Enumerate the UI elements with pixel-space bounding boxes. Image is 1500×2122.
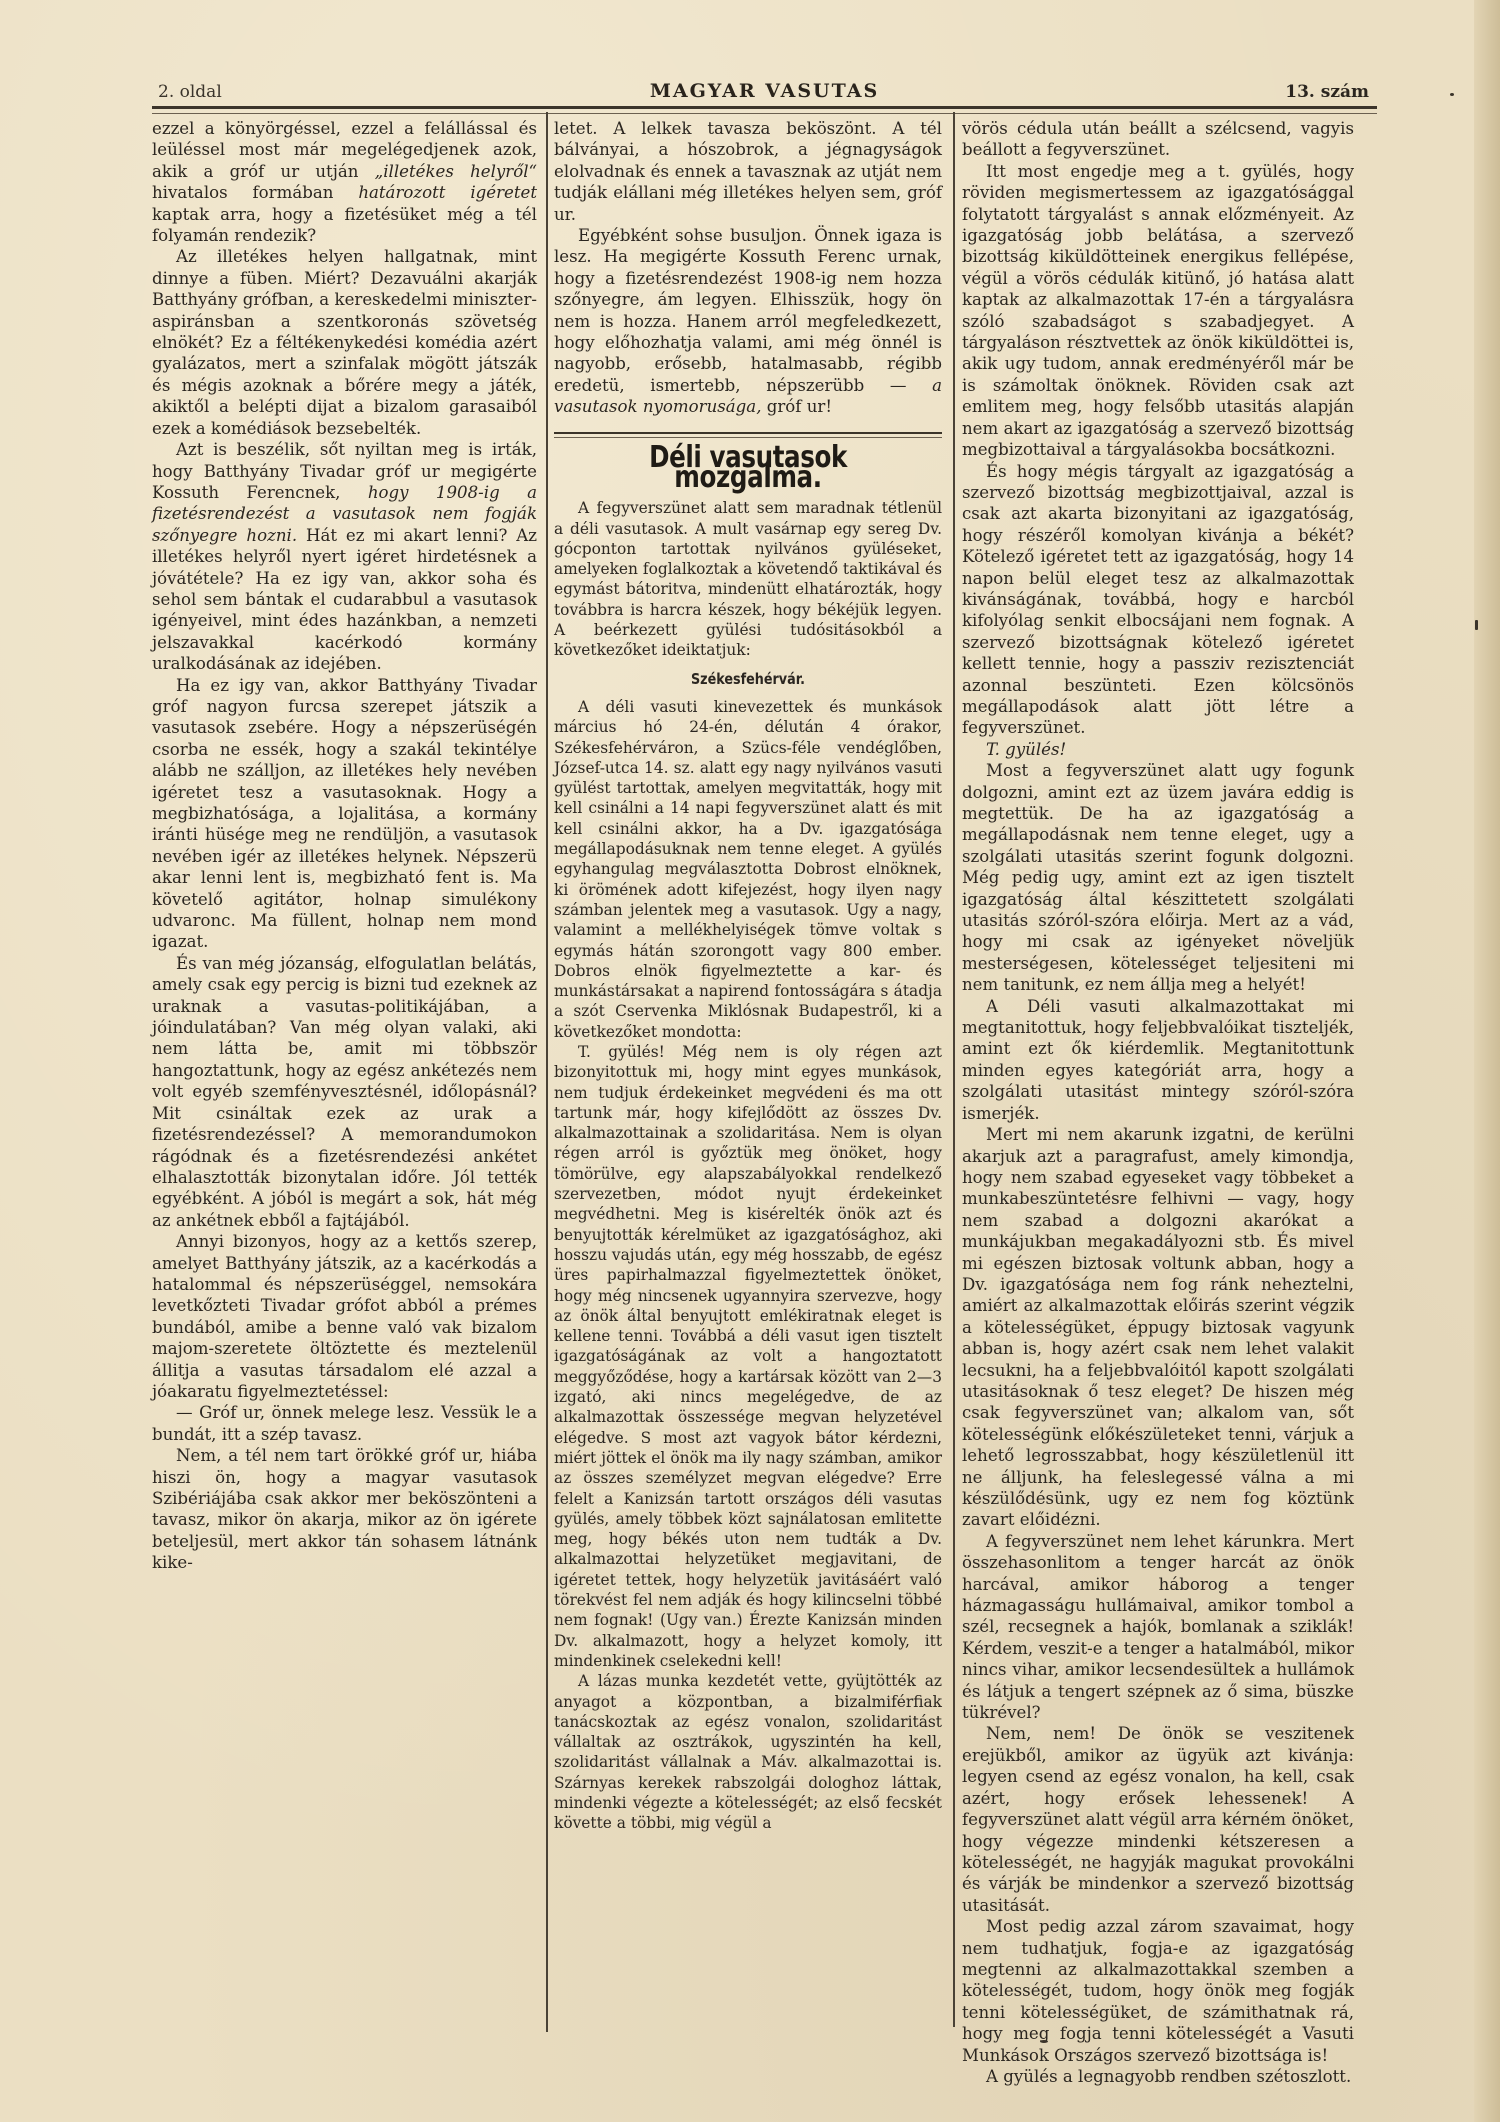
paragraph: Az illetékes helyen hallgatnak, mint din… — [152, 246, 537, 439]
paragraph: — Gróf ur, önnek melege lesz. Vessük le … — [152, 1402, 537, 1445]
paragraph: Itt most engedje meg a t. gyülés, hogy r… — [962, 161, 1354, 461]
paragraph: A fegyverszünet nem lehet kárunkra. Mert… — [962, 1531, 1354, 1724]
paragraph: A fegyverszünet alatt sem maradnak tétle… — [554, 498, 942, 660]
paragraph: Nem, nem! De önök se veszitenek erejükbő… — [962, 1723, 1354, 1916]
paragraph: Most a fegyverszünet alatt ugy fogunk do… — [962, 760, 1354, 995]
masthead-title: MAGYAR VASUTAS — [152, 80, 1377, 102]
issue-number: 13. szám — [1285, 82, 1369, 102]
column-divider-1 — [546, 112, 548, 2032]
paragraph: Azt is beszélik, sőt nyiltan meg is irtá… — [152, 439, 537, 674]
paragraph: És hogy mégis tárgyalt az igazgatóság a … — [962, 461, 1354, 739]
paragraph: letet. A lelkek tavasza beköszönt. A tél… — [554, 118, 942, 225]
paragraph: A Déli vasuti alkalmazottakat mi megtani… — [962, 996, 1354, 1124]
column-divider-2 — [953, 112, 955, 2027]
paragraph: Nem, a tél nem tart örökké gróf ur, hiáb… — [152, 1445, 537, 1573]
paragraph: Annyi bizonyos, hogy az a kettős szerep,… — [152, 1231, 537, 1402]
paragraph: A lázas munka kezdetét vette, gyüjtötték… — [554, 1671, 942, 1833]
paragraph: Most pedig azzal zárom szavaimat, hogy n… — [962, 1916, 1354, 2066]
print-speck — [1040, 2040, 1048, 2043]
article-headline: Déli vasutasok mozgalma. — [589, 448, 907, 489]
left-column: ezzel a könyörgéssel, ezzel a felállássa… — [152, 118, 537, 1574]
print-speck — [1475, 620, 1478, 630]
middle-column: letet. A lelkek tavasza beköszönt. A tél… — [554, 118, 942, 1834]
paragraph: Ha ez igy van, akkor Batthyány Tivadar g… — [152, 675, 537, 953]
section-subheading: Székesfehérvár. — [583, 669, 913, 689]
paragraph: A déli vasuti kinevezettek és munkások m… — [554, 697, 942, 1042]
paragraph: Mert mi nem akarunk izgatni, de kerülni … — [962, 1124, 1354, 1531]
header-rule — [152, 106, 1377, 114]
paragraph: Egyébként sohse busuljon. Önnek igaza is… — [554, 225, 942, 418]
paragraph: T. gyülés! Még nem is oly régen azt bizo… — [554, 1042, 942, 1671]
paragraph: T. gyülés! — [962, 739, 1354, 760]
section-rule — [554, 432, 942, 438]
page-edge-shadow — [1474, 0, 1500, 2122]
print-speck — [1450, 93, 1454, 96]
paragraph: És van még józanság, elfogulatlan belátá… — [152, 953, 537, 1231]
right-column: vörös cédula után beállt a szélcsend, va… — [962, 118, 1354, 2087]
paragraph: vörös cédula után beállt a szélcsend, va… — [962, 118, 1354, 161]
paragraph: ezzel a könyörgéssel, ezzel a felállássa… — [152, 118, 537, 246]
paragraph: A gyülés a legnagyobb rendben szétoszlot… — [962, 2066, 1354, 2087]
page-header: 2. oldal MAGYAR VASUTAS 13. szám — [152, 80, 1377, 106]
